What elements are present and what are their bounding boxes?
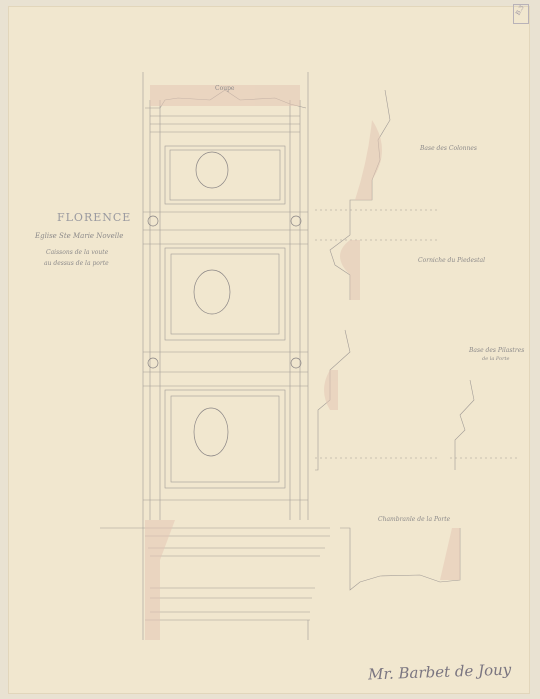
drawing-linework <box>0 0 540 699</box>
title-city: FLORENCE <box>57 211 131 224</box>
label-corniche-piedestal: Corniche du Piedestal <box>418 257 485 264</box>
subtitle-line2: au dessus de la porte <box>44 260 109 267</box>
label-base-colonnes: Base des Colonnes <box>420 145 477 152</box>
label-de-la-porte: de la Porte <box>482 356 509 362</box>
label-coupe: Coupe <box>215 85 234 92</box>
subtitle-line1: Caissons de la voute <box>46 249 108 256</box>
title-church: Eglise Ste Marie Novelle <box>35 232 123 240</box>
label-chambranle: Chambranle de la Porte <box>378 516 450 523</box>
label-base-pilastres: Base des Pilastres <box>469 347 524 354</box>
